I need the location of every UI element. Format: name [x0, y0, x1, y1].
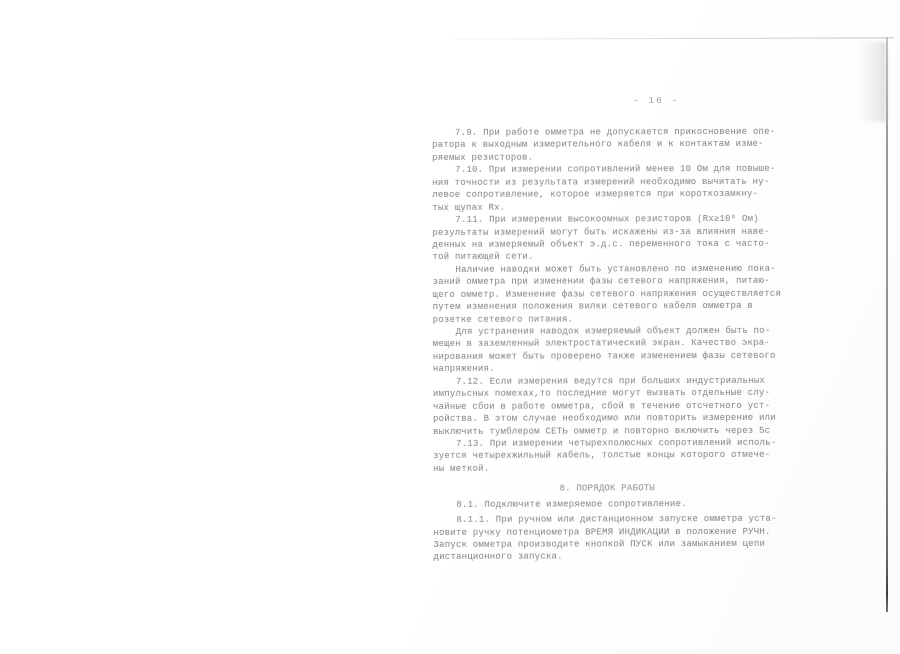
- text-line: 7.9. При работе омметра не допускается п…: [432, 126, 780, 140]
- paragraph: 7.11. При измерении высокоомных резистор…: [432, 213, 780, 264]
- paragraph: 7.12. Если измерения ведутся при больших…: [433, 375, 781, 438]
- scan-artifact-right-edge-line: [886, 37, 888, 612]
- paragraph: 8.1.1. При ручном или дистанционном запу…: [433, 513, 781, 564]
- text-line: 8.1. Подключите измеряемое сопротивление…: [433, 497, 781, 511]
- page-number: - 16 -: [633, 95, 679, 106]
- text-line: зуется четырехжильный кабель, толстые ко…: [433, 449, 781, 463]
- text-line: ройства. В этом случае необходимо или по…: [433, 412, 781, 426]
- text-line: 8.1.1. При ручном или дистанционном запу…: [433, 513, 781, 527]
- text-line: дистанционного запуска.: [433, 550, 781, 564]
- text-line: новите ручку потенциометра ВРЕМЯ ИНДИКАЦ…: [433, 525, 781, 539]
- paragraph: 7.9. При работе омметра не допускается п…: [432, 126, 780, 165]
- text-line: заний омметра при изменении фазы сетевог…: [433, 275, 781, 289]
- text-line: розетке сетевого питания.: [433, 312, 781, 326]
- text-line: выключить тумблером СЕТЬ омметр и повтор…: [433, 424, 781, 438]
- scan-artifact-top-edge-line: [450, 37, 894, 39]
- text-line: Запуск омметра производите кнопкой ПУСК …: [433, 538, 781, 552]
- text-line: чайные сбои в работе омметра, сбой в теч…: [433, 399, 781, 413]
- text-line: импульсных помехах,то последние могут вы…: [433, 387, 781, 401]
- paragraph: Наличие наводки может быть установлено п…: [432, 263, 780, 326]
- text-line: ряемых резисторов.: [432, 151, 780, 165]
- paragraph: Для устранения наводок измеряемый объект…: [433, 325, 781, 376]
- text-line: путем изменения положения вилки сетевого…: [433, 300, 781, 314]
- text-line: ны меткой.: [433, 462, 781, 476]
- text-line: Для устранения наводок измеряемый объект…: [433, 325, 781, 339]
- text-line: щего омметр. Изменение фазы сетевого нап…: [433, 287, 781, 301]
- text-line: тых щупах Rx.: [432, 200, 780, 214]
- text-line: 7.13. При измерении четырехполюсных сопр…: [433, 437, 781, 451]
- scanned-page: - 16 - 7.9. При работе омметра не допуск…: [0, 0, 900, 654]
- text-line: ния точности из результата измерений нео…: [432, 176, 780, 190]
- section-heading: 8. ПОРЯДОК РАБОТЫ: [433, 482, 781, 496]
- text-line: напряжения.: [433, 362, 781, 376]
- text-line: результаты измерений могут быть искажены…: [432, 225, 780, 239]
- text-line: 7.12. Если измерения ведутся при больших…: [433, 375, 781, 389]
- text-line: нирования может быть проверено также изм…: [433, 350, 781, 364]
- text-line: 7.10. При измерении сопротивлений менее …: [432, 163, 780, 177]
- text-line: Наличие наводки может быть установлено п…: [432, 263, 780, 277]
- paragraph: 8.1. Подключите измеряемое сопротивление…: [433, 497, 781, 511]
- text-line: денных на измеряемый объект э.д.с. перем…: [432, 238, 780, 252]
- text-line: ратора к выходным измерительного кабеля …: [432, 138, 780, 152]
- text-line: мещен в заземленный электростатический э…: [433, 337, 781, 351]
- scan-artifact-smudge: [858, 42, 886, 122]
- text-line: 7.11. При измерении высокоомных резистор…: [432, 213, 780, 227]
- text-column: 7.9. При работе омметра не допускается п…: [432, 126, 782, 564]
- text-line: той питающей сети.: [432, 250, 780, 264]
- text-line: 8. ПОРЯДОК РАБОТЫ: [433, 482, 781, 496]
- paragraph: 7.10. При измерении сопротивлений менее …: [432, 163, 780, 214]
- paragraph: 7.13. При измерении четырехполюсных сопр…: [433, 437, 781, 476]
- text-line: левое сопротивление, которое измеряется …: [432, 188, 780, 202]
